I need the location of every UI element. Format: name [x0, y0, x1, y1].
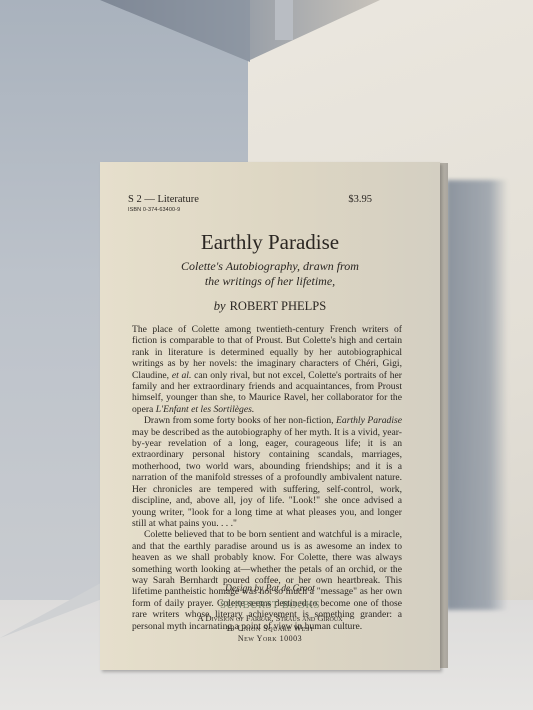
- text-run: may be described as the autobiography of…: [132, 427, 402, 529]
- blurb-paragraph: The place of Colette among twentieth-cen…: [132, 324, 402, 415]
- blurb-paragraph: Drawn from some forty books of her non-f…: [132, 415, 402, 529]
- design-credit: Design by Pat de Groot: [100, 584, 440, 594]
- author-name: ROBERT PHELPS: [230, 299, 327, 313]
- photo-scene: S 2 — Literature ISBN 0-374-63400-9 $3.9…: [0, 0, 533, 710]
- publisher-address-line-2: New York 10003: [100, 634, 440, 643]
- book-page-edge: [440, 163, 448, 668]
- italic-run: L'Enfant et les Sortilèges.: [156, 404, 255, 415]
- book-shadow: [446, 180, 508, 610]
- book-title: Earthly Paradise: [100, 230, 440, 255]
- subtitle-line-2: the writings of her lifetime,: [100, 274, 440, 289]
- italic-run: et al.: [172, 370, 192, 381]
- backdrop-seam: [275, 0, 293, 40]
- isbn: ISBN 0-374-63400-9: [128, 207, 180, 213]
- by-label: by: [214, 299, 226, 313]
- book-subtitle: Colette's Autobiography, drawn from the …: [100, 259, 440, 289]
- series-label: S 2 — Literature: [128, 194, 199, 205]
- price: $3.95: [348, 194, 372, 205]
- subtitle-line-1: Colette's Autobiography, drawn from: [100, 259, 440, 274]
- italic-run: Earthly Paradise: [336, 415, 402, 426]
- text-run: Drawn from some forty books of her non-f…: [144, 415, 336, 426]
- publisher-division: A Division of Farrar, Straus and Giroux: [100, 613, 440, 623]
- book-back-cover: S 2 — Literature ISBN 0-374-63400-9 $3.9…: [100, 162, 440, 670]
- byline: byROBERT PHELPS: [100, 299, 440, 314]
- publisher-address-line-1: 19 Union Square West: [100, 624, 440, 633]
- publisher-name: SUNBURST BOOKS: [100, 600, 440, 611]
